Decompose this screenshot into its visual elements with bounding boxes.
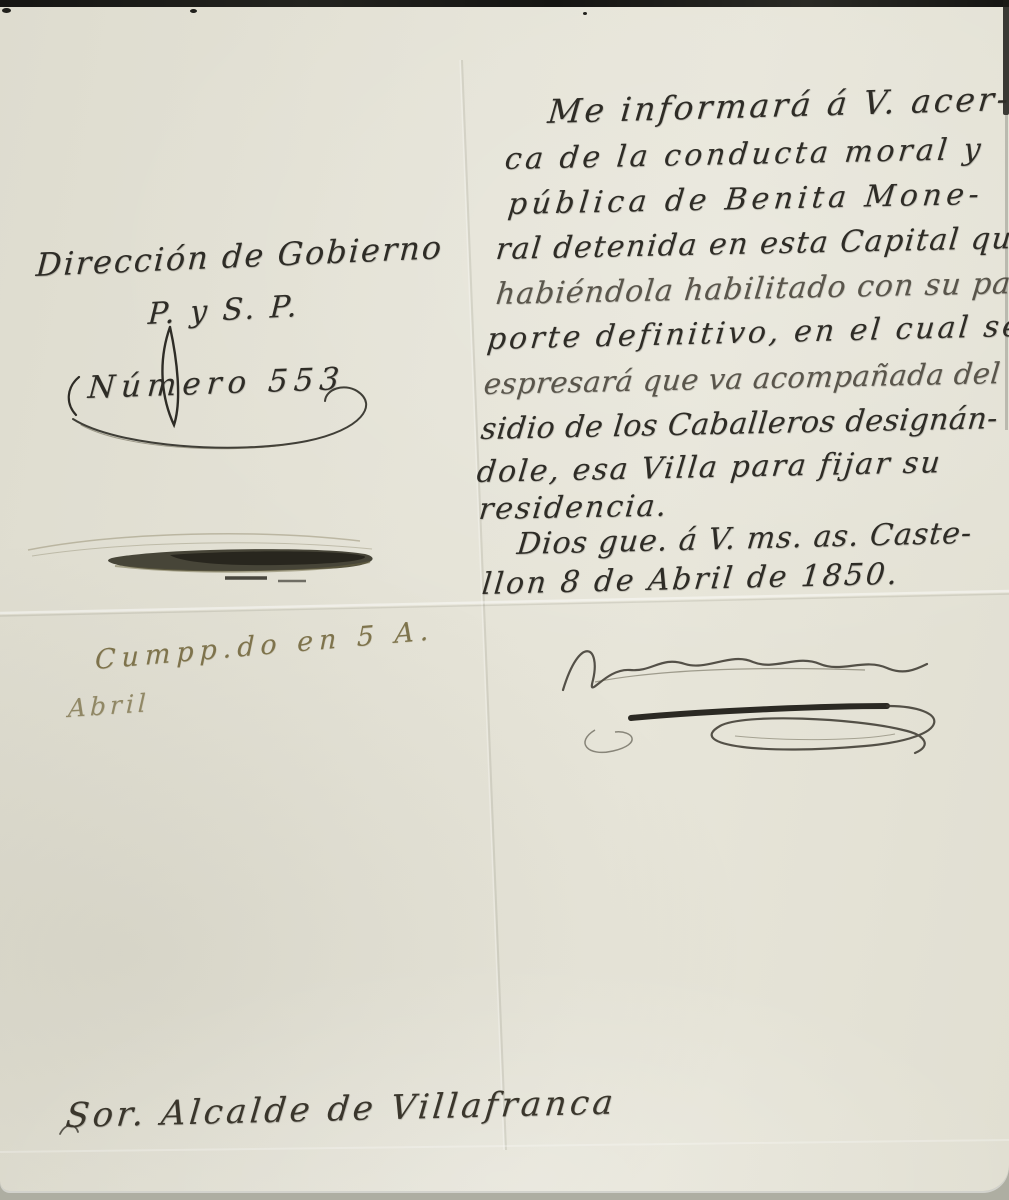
ink-speck: [583, 12, 587, 15]
body-line-10: residencia.: [477, 489, 670, 527]
ink-speck: [2, 8, 11, 13]
ink-speck: [190, 9, 197, 13]
scan-edge-top: [0, 0, 1009, 7]
margin-note-line-2: Abril: [67, 688, 150, 723]
